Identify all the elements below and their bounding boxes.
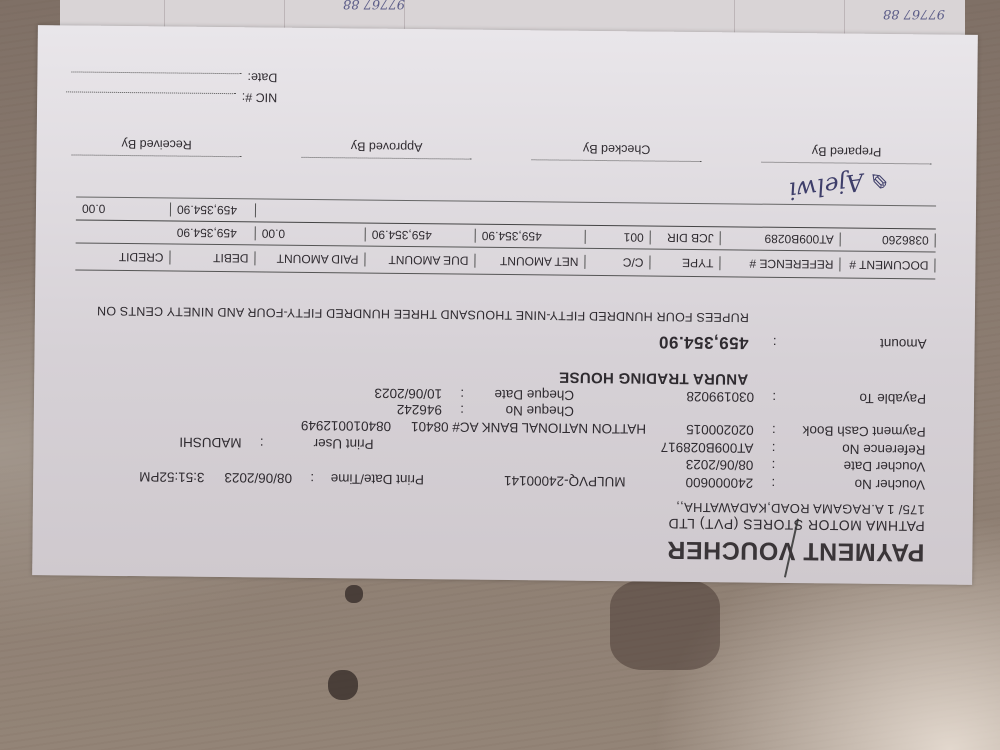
header-paid-amount: PAID AMOUNT [255, 251, 365, 266]
prepared-by-label: Prepared By [762, 144, 932, 165]
totals-spacer [256, 210, 936, 217]
print-date: 08/06/2023 [224, 470, 292, 486]
cell-cc: 001 [586, 230, 651, 245]
colon: : [753, 441, 775, 456]
company-name: PATHMA MOTOR STORES (PVT) LTD [668, 516, 925, 535]
cell-reference: AT009B0289 [721, 231, 841, 246]
checked-by-field: Checked By [532, 141, 702, 162]
voucher-line-table: DOCUMENT # REFERENCE # TYPE C/C NET AMOU… [75, 197, 936, 280]
company-address: 175/ 1 A.RAGAMA ROAD,KADAWATHA,, [676, 500, 925, 518]
header-reference: REFERENCE # [720, 256, 840, 271]
date-blank [71, 71, 241, 84]
voucher-title: PAYMENT VOUCHER [667, 535, 925, 567]
print-user-label: Print User [263, 435, 373, 451]
date-label: Date: [247, 70, 277, 84]
voucher-no-value: 240000600 [685, 475, 753, 491]
cell-paid-amount: 0.00 [256, 226, 366, 241]
colon: : [292, 471, 314, 486]
checked-by-label: Checked By [532, 141, 702, 162]
voucher-no-label: Voucher No [775, 476, 925, 493]
cell-due-amount: 459,354.90 [366, 228, 476, 243]
cell-credit [76, 232, 171, 233]
payable-to-label: Payable To [776, 390, 926, 407]
nic-blank [66, 91, 236, 104]
print-datetime-label: Print Date/Time [314, 471, 424, 487]
header-debit: DEBIT [170, 250, 255, 265]
received-by-label: Received By [72, 136, 242, 157]
colon: : [442, 386, 464, 401]
payee-name: ANURA TRADING HOUSE [559, 369, 748, 388]
header-document: DOCUMENT # [840, 258, 935, 273]
header-cc: C/C [585, 255, 650, 270]
header-due-amount: DUE AMOUNT [365, 253, 475, 268]
cheque-date-value: 10/06/2023 [374, 386, 442, 402]
bank-account-name: HATTON NATIONAL BANK AC# 08401 [411, 419, 646, 436]
cheque-no-value: 946242 [397, 402, 442, 417]
header-credit: CREDIT [75, 249, 170, 264]
bank-account-number: 084010012949 [301, 418, 391, 434]
colon: : [442, 402, 464, 417]
amount-label: Amount [777, 335, 927, 352]
cheque-no-row: Cheque No : 946242 [397, 402, 574, 419]
handwritten-signature: ✎ Ajelwi [787, 164, 892, 205]
receiver-details: NIC #: Date: [66, 65, 278, 107]
wood-stain [328, 670, 358, 700]
amount-value: 459,354.90 [658, 332, 748, 353]
voucher-date-value: 08/06/2023 [686, 457, 754, 473]
cheque-date-label: Cheque Date [464, 387, 574, 403]
amount-row: Amount : [755, 335, 927, 352]
prepared-by-field: Prepared By [762, 144, 932, 165]
payment-cash-book-value: 020200015 [686, 422, 754, 438]
colon: : [753, 476, 775, 491]
cheque-no-label: Cheque No [464, 403, 574, 419]
wood-stain [345, 585, 363, 603]
cell-net-amount: 459,354.90 [476, 229, 586, 244]
print-user: MADUSHI [179, 435, 241, 451]
wood-stain [610, 580, 720, 670]
header-net-amount: NET AMOUNT [475, 254, 585, 269]
payment-cash-book-label: Payment Cash Book [776, 423, 926, 440]
colon: : [241, 435, 263, 450]
payable-to-code: 030199028 [574, 388, 754, 405]
total-debit: 459,354.90 [171, 202, 256, 217]
approved-by-label: Approved By [302, 139, 472, 160]
amount-in-words: RUPEES FOUR HUNDRED FIFTY-NINE THOUSAND … [97, 304, 749, 325]
handwritten-number: 97767 88 [343, 0, 405, 11]
cell-type: JCB DIR [651, 231, 721, 246]
handwritten-number: 97767 88 [883, 6, 945, 21]
voucher-date-label: Voucher Date [775, 458, 925, 475]
received-by-field: Received By [72, 136, 242, 157]
header-type: TYPE [650, 256, 720, 271]
signature-section: Prepared By Checked By Approved By Recei… [72, 136, 932, 164]
cell-debit: 459,354.90 [171, 225, 256, 240]
voucher-date-row: Voucher Date : 08/06/2023 [686, 457, 926, 475]
colon: : [754, 423, 776, 438]
colon: : [755, 335, 777, 350]
voucher-code: MULPVQ-24000141 [504, 473, 626, 489]
colon: : [754, 390, 776, 405]
total-credit: 0.00 [76, 202, 171, 217]
reference-no-value: AT009B028917 [517, 438, 753, 455]
nic-field: NIC #: [66, 85, 278, 107]
print-time: 3:51:52PM [139, 469, 204, 485]
reference-no-label: Reference No [775, 441, 925, 458]
payment-voucher-sheet: PAYMENT VOUCHER PATHMA MOTOR STORES (PVT… [32, 25, 978, 585]
cell-document: 0386260 [841, 233, 936, 248]
date-field: Date: [66, 65, 278, 87]
approved-by-field: Approved By [302, 139, 472, 160]
colon: : [753, 458, 775, 473]
nic-label: NIC #: [242, 90, 278, 104]
